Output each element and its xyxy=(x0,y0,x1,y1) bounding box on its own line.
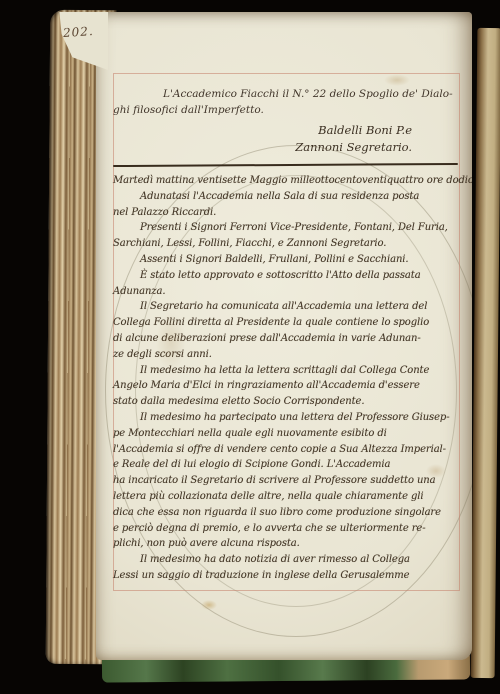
manuscript-line: È stato letto approvato e sottoscritto l… xyxy=(113,268,465,284)
manuscript-line: Adunatasi l'Accademia nella Sala di sua … xyxy=(113,189,465,205)
manuscript-line: pe Montecchiari nella quale egli nuovame… xyxy=(113,426,465,442)
manuscript-line: e Reale del di lui elogio di Scipione Go… xyxy=(113,457,465,473)
manuscript-line: Il medesimo ha dato notizia di aver rime… xyxy=(113,552,465,568)
manuscript-line: Presenti i Signori Ferroni Vice-Presiden… xyxy=(113,220,465,236)
manuscript-line: Il medesimo ha partecipato una lettera d… xyxy=(113,410,465,426)
header-line-1: L'Accademico Fiacchi il N.° 22 dello Spo… xyxy=(113,86,463,102)
signature-block: Baldelli Boni P.e Zannoni Segretario. xyxy=(113,122,458,156)
page-number: 202. xyxy=(63,24,95,40)
manuscript-line: stato dalla medesima eletto Socio Corris… xyxy=(113,394,465,410)
manuscript-line: l'Accademia si offre di vendere cento co… xyxy=(113,442,465,458)
manuscript-line: Adunanza. xyxy=(113,284,465,300)
manuscript-line: Martedì mattina ventisette Maggio milleo… xyxy=(113,173,465,189)
manuscript-line: Il medesimo ha letta la lettera scrittag… xyxy=(113,363,465,379)
manuscript-line: e perciò degna di premio, e lo avverta c… xyxy=(113,521,465,537)
manuscript-line: ze degli scorsi anni. xyxy=(113,347,465,363)
signature-secretary: Zannoni Segretario. xyxy=(113,139,458,156)
signature-president: Baldelli Boni P.e xyxy=(113,122,458,139)
stain-spot xyxy=(201,600,217,610)
manuscript-line: lettera più collazionata delle altre, ne… xyxy=(113,489,465,505)
manuscript-line: Il Segretario ha comunicata all'Accademi… xyxy=(113,299,465,315)
manuscript-line: ha incaricato il Segretario di scrivere … xyxy=(113,473,465,489)
manuscript-line: dica che essa non riguarda il suo libro … xyxy=(113,505,465,521)
manuscript-line: plichi, non può avere alcuna risposta. xyxy=(113,536,465,552)
manuscript-line: Assenti i Signori Baldelli, Frullani, Po… xyxy=(113,252,465,268)
manuscript-line: Collega Follini diretta al Presidente la… xyxy=(113,315,465,331)
manuscript-page: L'Accademico Fiacchi il N.° 22 dello Spo… xyxy=(96,12,472,660)
entry-header: L'Accademico Fiacchi il N.° 22 dello Spo… xyxy=(113,86,463,118)
manuscript-line: di alcune deliberazioni prese dall'Accad… xyxy=(113,331,465,347)
header-line-2: ghi filosofici dall'Imperfetto. xyxy=(113,102,463,118)
manuscript-line: Sarchiani, Lessi, Follini, Fiacchi, e Za… xyxy=(113,236,465,252)
manuscript-line: Angelo Maria d'Elci in ringraziamento al… xyxy=(113,378,465,394)
manuscript-body: Martedì mattina ventisette Maggio milleo… xyxy=(113,173,465,584)
adjacent-page-edge xyxy=(471,28,500,678)
manuscript-line: nel Palazzo Riccardi. xyxy=(113,205,465,221)
manuscript-line: Lessi un saggio di traduzione in inglese… xyxy=(113,568,465,584)
photograph-background: 202. L'Accademico Fiacchi il N.° 22 dell… xyxy=(0,0,500,694)
